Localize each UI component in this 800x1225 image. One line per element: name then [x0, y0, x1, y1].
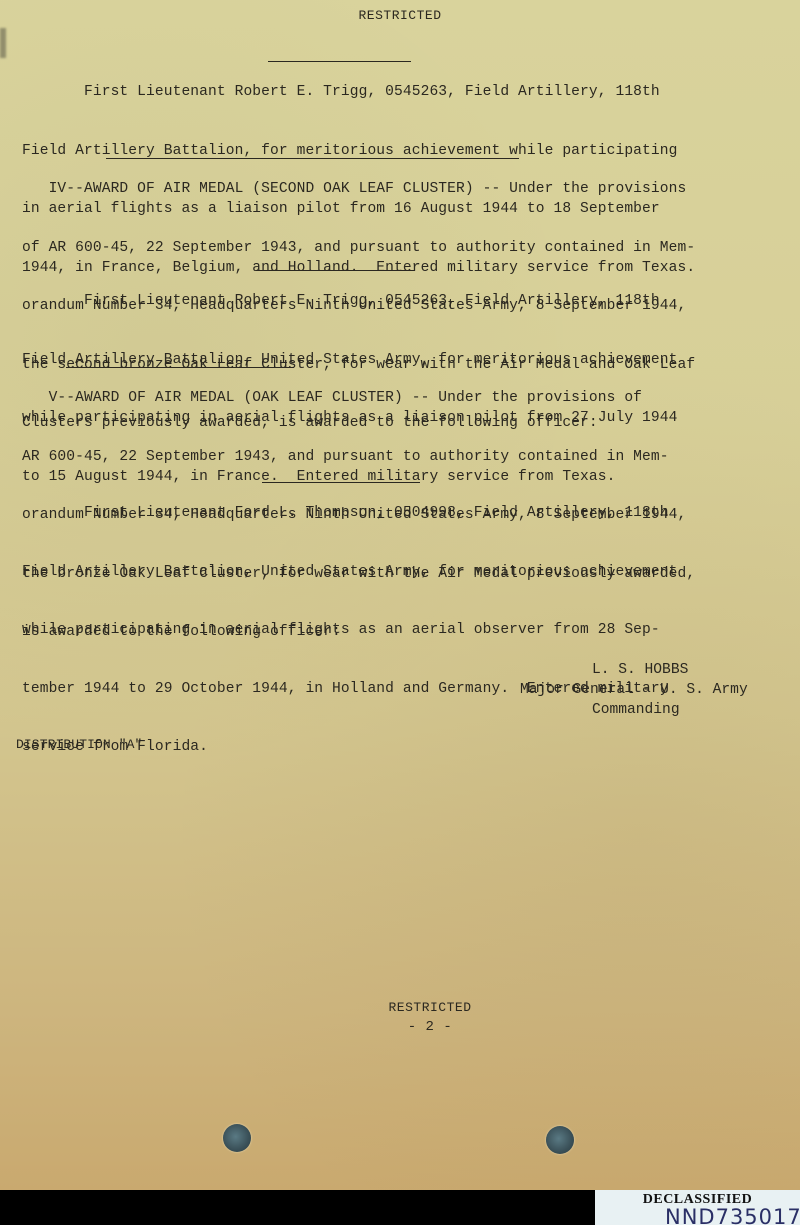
page-number: - 2 - — [30, 1019, 800, 1035]
section-iv-title-underline — [106, 158, 519, 159]
footer-classification: RESTRICTED — [30, 1000, 800, 1015]
name-underline — [256, 270, 414, 271]
text-line: First Lieutenant Robert E. Trigg, 054526… — [22, 292, 677, 312]
document-page: RESTRICTED First Lieutenant Robert E. Tr… — [0, 0, 800, 1190]
punch-hole-right — [546, 1126, 574, 1154]
name-underline — [262, 482, 420, 483]
text-line: while participating in aerial flights as… — [22, 621, 677, 641]
text-line: Field Artillery Battalion, United States… — [22, 563, 677, 583]
text-line: V--AWARD OF AIR MEDAL (OAK LEAF CLUSTER)… — [22, 389, 695, 409]
signer-rank: Major General - U. S. Army — [520, 680, 748, 700]
header-classification: RESTRICTED — [0, 8, 800, 23]
text-line: First Lieutenant Robert E. Trigg, 054526… — [22, 83, 695, 103]
punch-hole-left — [223, 1124, 251, 1152]
signature-block: L. S. HOBBS Major General - U. S. Army C… — [520, 660, 748, 720]
signer-role: Commanding — [520, 700, 748, 720]
distribution-line: DISTRIBUTION "A" — [16, 735, 142, 755]
section-v-title-underline — [66, 367, 294, 368]
name-underline — [268, 61, 411, 62]
signer-name: L. S. HOBBS — [520, 660, 748, 680]
text-line: First Lieutenant Ford L. Thompson, 05049… — [22, 504, 677, 524]
scan-smudge — [0, 28, 6, 58]
declassified-stamp: DECLASSIFIED NND735017 — [595, 1190, 800, 1225]
text-line: IV--AWARD OF AIR MEDAL (SECOND OAK LEAF … — [22, 180, 695, 200]
stamp-code: NND735017 — [665, 1205, 800, 1225]
